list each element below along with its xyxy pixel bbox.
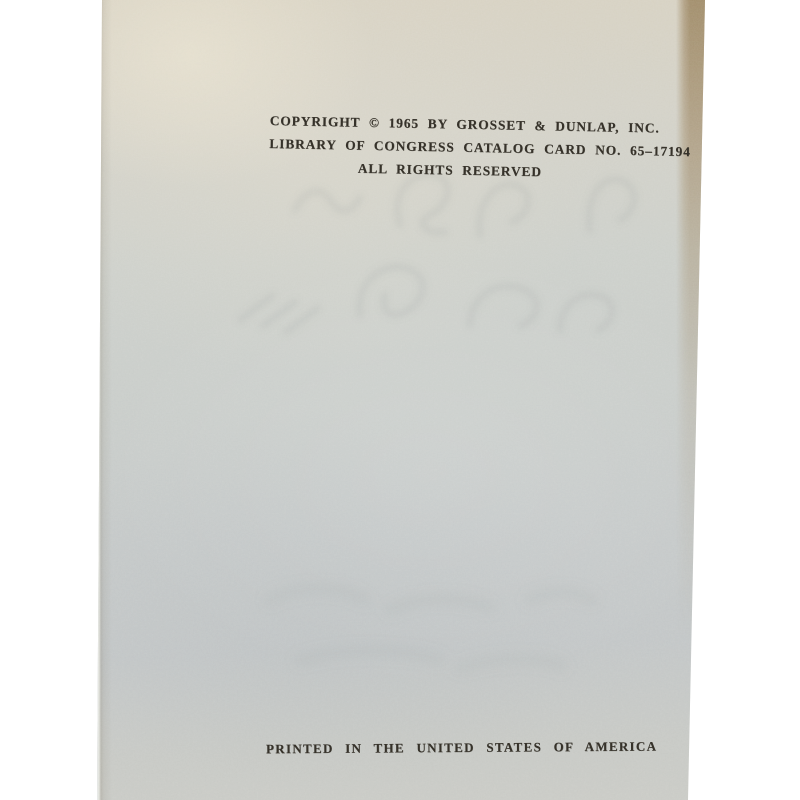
book-page: COPYRIGHT © 1965 BY GROSSET & DUNLAP, IN… xyxy=(0,0,800,800)
page-left-edge xyxy=(96,0,114,800)
printed-in-usa-line: PRINTED IN THE UNITED STATES OF AMERICA xyxy=(266,739,632,758)
book-fore-edge xyxy=(676,0,708,640)
book-photo: COPYRIGHT © 1965 BY GROSSET & DUNLAP, IN… xyxy=(0,0,800,800)
copyright-block: COPYRIGHT © 1965 BY GROSSET & DUNLAP, IN… xyxy=(269,109,632,185)
